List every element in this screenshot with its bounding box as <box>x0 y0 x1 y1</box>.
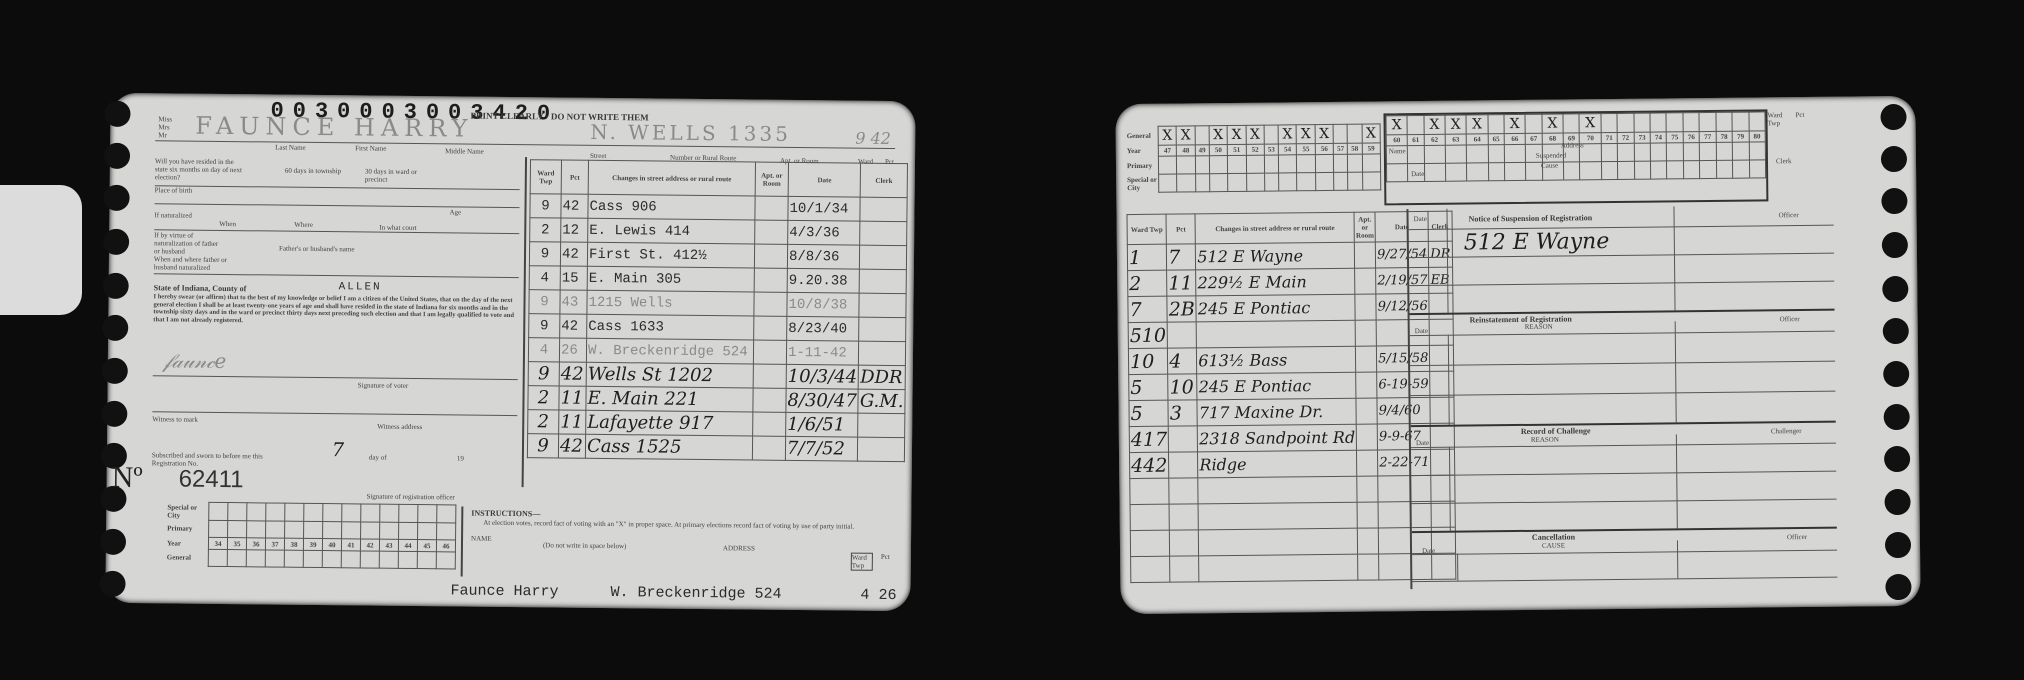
apt-cell <box>1356 398 1377 424</box>
grid-cell <box>246 550 265 567</box>
apt-cell <box>1357 476 1378 502</box>
grid-cell <box>1505 162 1526 180</box>
grid-cell <box>1228 173 1247 191</box>
pct-cell: 15 <box>560 266 587 290</box>
grid-cell <box>342 504 361 522</box>
column-header: Ward Twp <box>1127 214 1167 244</box>
grid-cell <box>1618 161 1635 179</box>
grid-cell <box>1347 124 1361 143</box>
punch-hole <box>1883 361 1909 387</box>
name-label: NAME <box>471 535 492 543</box>
pct-cell: 10 <box>1168 374 1197 400</box>
table-row <box>1130 527 1455 556</box>
ward-cell: 9 <box>529 242 560 266</box>
grid-cell <box>209 502 228 520</box>
grid-cell: 56 <box>1315 143 1333 154</box>
grid-row-label: General <box>1126 126 1159 145</box>
punch-hole <box>1882 232 1908 258</box>
challenge-title: Record of Challenge <box>1521 426 1591 436</box>
grid-cell <box>1264 155 1278 173</box>
suspension-entry: 512 E Wayne <box>1464 229 1610 256</box>
grid-cell <box>265 550 284 567</box>
grid-cell <box>1667 143 1684 161</box>
ward-cell <box>1130 478 1170 504</box>
oath-heading: State of Indiana, County of <box>154 283 247 293</box>
witness-label: Witness to mark <box>152 415 198 423</box>
grid-cell: 71 <box>1601 132 1618 143</box>
ward-pct-handwritten: 9 42 <box>855 129 891 148</box>
date-cell: 9.20.38 <box>787 268 860 293</box>
table-row: 510 <box>1128 319 1453 348</box>
registration-officer-label: Signature of registration officer <box>366 493 454 502</box>
clerk-cell: DDR <box>859 365 906 389</box>
grid-cell: 61 <box>1407 134 1424 145</box>
apt-cell <box>753 364 786 388</box>
grid-cell <box>1348 172 1362 190</box>
grid-cell <box>1488 163 1505 181</box>
grid-cell <box>1526 162 1543 180</box>
county: ALLEN <box>339 281 382 293</box>
pct-cell <box>1168 426 1197 452</box>
pct-cell: 43 <box>560 290 587 314</box>
grid-cell: 59 <box>1362 143 1381 154</box>
punch-hole <box>103 273 129 299</box>
registration-card-back: GeneralXXXXXXXXXYear47484950515253545556… <box>1115 96 1920 614</box>
date-cell: 10/8/38 <box>787 292 860 317</box>
grid-cell <box>1279 155 1298 173</box>
clerk-cell <box>860 245 907 269</box>
apt-cell <box>755 196 788 220</box>
grid-cell <box>209 520 228 537</box>
grid-cell <box>266 503 285 521</box>
street-cell: 1215 Wells <box>587 290 754 316</box>
apt-cell <box>754 316 787 340</box>
grid-cell: 55 <box>1297 144 1315 155</box>
table-row: 442Ridge2-22-71 <box>1130 449 1455 478</box>
street-cell: Cass 906 <box>588 194 755 220</box>
apt-cell <box>753 412 786 436</box>
apt-cell <box>1355 242 1376 268</box>
vote-mark: X <box>1227 125 1246 144</box>
grid-cell <box>1749 160 1766 178</box>
address-cell: 613½ Bass <box>1197 346 1356 374</box>
pct-cell <box>1170 530 1199 556</box>
date-cell: 1-11-42 <box>786 340 859 365</box>
grid-row-label: Primary <box>1126 156 1159 174</box>
grid-cell <box>1407 115 1424 134</box>
reinstatement-date-label: Date <box>1415 327 1428 335</box>
grid-cell: 40 <box>322 539 341 551</box>
clerk-cell <box>859 317 906 341</box>
card-tab-scrap <box>0 185 82 315</box>
records-panel: Date Notice of Suspension of Registratio… <box>1406 205 1837 589</box>
column-header: Pct <box>561 160 588 194</box>
residence-question: Will you have resided in the state six m… <box>155 157 245 182</box>
grid-cell <box>1563 114 1580 133</box>
grid-cell <box>1580 162 1601 180</box>
grid-cell: 75 <box>1667 132 1684 143</box>
table-row <box>1130 501 1455 530</box>
address-cell <box>1196 320 1355 348</box>
instructions-title: INSTRUCTIONS— <box>471 509 540 519</box>
signature-label: Signature of voter <box>358 381 409 390</box>
place-of-birth-label: Place of birth <box>155 186 195 194</box>
grid-cell <box>1246 155 1265 173</box>
clerk-cell <box>859 341 906 365</box>
box-cause-label: Cause <box>1541 162 1558 170</box>
vote-mark: X <box>1504 114 1525 133</box>
grid-cell <box>1601 113 1618 132</box>
do-not-write-label: (Do not write in space below) <box>543 541 626 550</box>
apt-cell <box>1357 502 1378 528</box>
ward-cell: 9 <box>529 314 560 338</box>
grid-cell <box>303 550 322 567</box>
apt-cell <box>752 436 785 460</box>
grid-cell <box>323 522 342 539</box>
grid-cell: 34 <box>208 537 227 549</box>
pct-cell <box>1169 504 1198 530</box>
apt-cell <box>755 220 788 244</box>
street-cell: W. Breckenridge 524 <box>586 338 753 364</box>
grid-cell <box>379 551 398 568</box>
date-cell: 8/30/47 <box>786 388 859 413</box>
apt-cell <box>754 292 787 316</box>
grid-cell: 52 <box>1246 144 1264 155</box>
label-first-name: First Name <box>355 144 386 152</box>
grid-cell <box>1700 142 1717 160</box>
grid-cell <box>284 550 303 567</box>
grid-cell <box>1177 174 1196 192</box>
grid-cell <box>1634 143 1651 161</box>
grid-cell <box>1634 161 1651 179</box>
ward-cell <box>1130 530 1170 556</box>
cancellation-officer-label: Officer <box>1787 533 1807 541</box>
pct-cell <box>1169 452 1198 478</box>
ward-cell: 5 <box>1129 400 1169 426</box>
address-cell: Ridge <box>1198 450 1357 478</box>
table-row: 53717 Maxine Dr.9/4/60 <box>1129 397 1454 426</box>
grid-cell <box>1297 173 1316 191</box>
grid-cell <box>1683 143 1700 161</box>
vote-mark: X <box>1579 114 1600 133</box>
grid-cell <box>1177 156 1196 174</box>
grid-cell <box>322 551 341 568</box>
age-label: Age <box>449 208 461 216</box>
clerk-label: Clerk <box>1776 157 1792 165</box>
voter-signature: 𝒻𝒶𝓊𝓃𝒸𝑒 <box>163 348 227 373</box>
vote-mark: X <box>1362 124 1381 143</box>
grid-row-label: Year <box>1126 145 1159 156</box>
vote-mark: X <box>1386 116 1407 135</box>
voting-record-grid: Special or CityPrimaryYear34353637383940… <box>166 501 457 569</box>
address-cell: 245 E Pontiac <box>1197 372 1356 400</box>
grid-cell <box>1732 142 1749 160</box>
label-last-name: Last Name <box>275 144 306 152</box>
grid-cell <box>1525 114 1542 133</box>
grid-cell: 35 <box>227 538 246 550</box>
apt-cell <box>1355 268 1376 294</box>
grid-cell <box>1699 112 1716 131</box>
name-prefix: Mr <box>158 131 182 139</box>
grid-cell: 53 <box>1264 144 1278 155</box>
vote-mark: X <box>1445 115 1466 134</box>
table-row: 510245 E Pontiac6-19-59 <box>1129 371 1454 400</box>
street-cell: First St. 412½ <box>587 242 754 268</box>
grid-row-label: Primary <box>166 520 209 537</box>
oath-text: I hereby swear (or affirm) that to the b… <box>153 293 518 327</box>
punch-hole <box>1881 146 1907 172</box>
grid-row-label: Special or City <box>166 502 209 520</box>
grid-cell <box>227 550 246 567</box>
grid-cell <box>418 505 437 523</box>
grid-cell <box>1424 145 1445 163</box>
pct-cell: 42 <box>560 242 587 266</box>
table-row: 4172318 Sandpoint Rd9-9-67 <box>1129 423 1454 452</box>
number-symbol: Nº <box>111 461 142 495</box>
grid-cell <box>418 523 437 540</box>
witness-address-label: Witness address <box>377 423 422 431</box>
year-suffix: 19 <box>457 454 464 462</box>
ward-cell: 9 <box>529 290 560 314</box>
index-address: W. Breckenridge 524 <box>610 584 781 603</box>
grid-cell: 63 <box>1445 134 1466 145</box>
grid-cell <box>1333 124 1347 143</box>
grid-cell <box>1424 163 1445 181</box>
grid-cell: 38 <box>284 538 303 550</box>
grid-cell: 49 <box>1195 145 1209 156</box>
index-name: Faunce Harry <box>450 582 558 600</box>
box-name-label: Name <box>1389 147 1406 155</box>
vote-mark: X <box>1297 125 1316 144</box>
grid-cell <box>1749 112 1766 131</box>
grid-cell: 41 <box>341 539 360 551</box>
street-cell: Cass 1525 <box>585 434 752 460</box>
apt-cell <box>1355 320 1376 346</box>
punch-holes <box>111 93 916 101</box>
pct-cell <box>1170 556 1199 582</box>
grid-cell <box>341 551 360 568</box>
apt-cell <box>1356 424 1377 450</box>
grid-cell <box>1209 174 1228 192</box>
vote-mark: X <box>1246 125 1265 144</box>
grid-cell <box>1279 173 1298 191</box>
address-cell <box>1199 528 1358 556</box>
label-street: Street <box>590 152 606 160</box>
grid-cell <box>1716 142 1733 160</box>
grid-cell <box>1488 115 1505 134</box>
grid-cell: 60 <box>1386 135 1407 146</box>
apt-cell <box>753 388 786 412</box>
grid-cell <box>1488 145 1505 163</box>
pct-cell: 42 <box>559 362 586 386</box>
date-cell: 4/3/36 <box>788 220 861 245</box>
grid-cell: 37 <box>265 538 284 550</box>
street-cell: Wells St 1202 <box>586 362 753 388</box>
grid-cell: 78 <box>1716 131 1733 142</box>
grid-cell <box>1650 113 1667 132</box>
grid-cell <box>1683 113 1700 132</box>
punch-hole <box>1884 489 1910 515</box>
grid-cell: 79 <box>1732 131 1749 142</box>
ward-cell: 2 <box>528 410 559 434</box>
name-prefix: Mrs <box>158 123 182 131</box>
street-cell: Cass 1633 <box>587 314 754 340</box>
grid-cell <box>1749 142 1766 160</box>
address-label: ADDRESS <box>723 544 755 552</box>
day-of-label: day of <box>369 454 387 462</box>
pct-cell: 11 <box>559 386 586 410</box>
clerk-cell <box>859 293 906 317</box>
grid-cell <box>1334 154 1348 172</box>
address-cell: 2318 Sandpoint Rd <box>1198 424 1357 452</box>
grid-cell: 50 <box>1209 145 1227 156</box>
column-header: Clerk <box>861 163 908 197</box>
grid-cell <box>1386 164 1407 182</box>
ward-cell: 4 <box>528 338 559 362</box>
grid-cell: 76 <box>1683 132 1700 143</box>
punch-hole <box>102 358 128 384</box>
grid-cell: 47 <box>1158 145 1176 156</box>
punch-hole <box>1882 276 1908 302</box>
grid-cell: 72 <box>1617 132 1634 143</box>
father-husband-name-label: Father's or husband's name <box>279 245 355 254</box>
challenge-date-label: Date <box>1416 439 1429 447</box>
days-township-label: 60 days in township <box>285 167 345 176</box>
date-cell: 8/23/40 <box>787 316 860 341</box>
date-cell: 7/7/52 <box>785 436 858 461</box>
grid-cell <box>247 503 266 521</box>
ward-cell: 9 <box>527 434 558 458</box>
address-cell: 245 E Pontiac <box>1196 294 1355 322</box>
cancellation-title: Cancellation <box>1532 532 1575 541</box>
grid-cell <box>247 521 266 538</box>
pct-cell <box>1169 478 1198 504</box>
suspension-officer-label: Officer <box>1779 211 1799 219</box>
grid-cell: 67 <box>1526 133 1543 144</box>
vote-mark: X <box>1176 126 1195 145</box>
grid-cell <box>1634 113 1651 132</box>
vote-mark: X <box>1542 114 1563 133</box>
grid-cell <box>417 552 436 569</box>
grid-cell: 45 <box>417 540 436 552</box>
grid-cell <box>1667 161 1684 179</box>
pct-cell: 4 <box>1168 348 1197 374</box>
apt-cell <box>754 244 787 268</box>
grid-cell <box>1601 143 1618 161</box>
reinstatement-reason-label: REASON <box>1525 323 1553 331</box>
address-cell <box>1198 476 1357 504</box>
grid-cell <box>1265 173 1279 191</box>
grid-cell: 65 <box>1488 134 1505 145</box>
grid-row: General <box>166 549 456 569</box>
grid-cell: 42 <box>360 539 379 551</box>
grid-cell: 77 <box>1699 131 1716 142</box>
column-header: Changes in street address or rural route <box>1195 212 1354 244</box>
ward-twp-label: Ward Twp <box>1767 111 1785 127</box>
grid-cell <box>1246 173 1265 191</box>
date-cell: 10/3/44 <box>786 364 859 389</box>
grid-cell: 58 <box>1348 143 1362 154</box>
reinstatement-title: Reinstatement of Registration <box>1470 314 1572 324</box>
punch-hole <box>104 143 130 169</box>
street-cell: E. Main 221 <box>586 386 753 412</box>
suspension-title: Notice of Suspension of Registration <box>1469 213 1593 223</box>
grid-cell: 80 <box>1749 131 1766 142</box>
clerk-cell <box>858 437 905 461</box>
grid-cell <box>399 522 418 539</box>
ward-cell: 9 <box>530 194 561 218</box>
pct-label: Pct <box>1795 111 1804 119</box>
grid-cell <box>1228 155 1247 173</box>
grid-cell <box>342 522 361 539</box>
grid-cell: 54 <box>1278 144 1296 155</box>
grid-cell: 48 <box>1177 145 1195 156</box>
punch-hole <box>1885 574 1911 600</box>
grid-cell <box>1334 172 1348 190</box>
grid-cell <box>1446 163 1467 181</box>
grid-cell <box>304 503 323 521</box>
ward-cell <box>1130 504 1170 530</box>
grid-cell <box>285 521 304 538</box>
when-where-label: When and where father or husband natural… <box>154 255 244 272</box>
grid-cell: 64 <box>1466 134 1487 145</box>
registration-card-front: 0030003003420 PRINT CLEARLY · DO NOT WRI… <box>105 93 915 611</box>
voting-record-grid-left: GeneralXXXXXXXXXYear47484950515253545556… <box>1126 123 1382 193</box>
address-cell <box>1199 554 1358 582</box>
apt-cell <box>1358 554 1379 580</box>
grid-cell: 66 <box>1504 133 1525 144</box>
instructions-text: At election votes, record fact of voting… <box>483 519 863 531</box>
grid-cell <box>1195 126 1209 145</box>
apt-cell <box>754 268 787 292</box>
column-header: Apt. or Room <box>755 162 788 196</box>
grid-cell <box>1700 160 1717 178</box>
grid-cell <box>1467 163 1488 181</box>
ward-cell: 417 <box>1129 426 1169 452</box>
table-row: 72B245 E Pontiac9/12/56 <box>1128 293 1453 322</box>
punch-hole <box>102 315 128 341</box>
pct-cell: 42 <box>561 194 588 218</box>
challenger-label: Challenger <box>1771 427 1802 435</box>
grid-cell <box>1733 160 1750 178</box>
grid-cell <box>1650 143 1667 161</box>
punch-hole <box>1883 318 1909 344</box>
grid-cell <box>1504 144 1525 162</box>
punch-hole <box>104 101 130 127</box>
punch-holes <box>1115 96 1915 104</box>
instructions-box: INSTRUCTIONS— At election votes, record … <box>461 506 904 581</box>
punch-hole <box>101 401 127 427</box>
grid-cell <box>380 522 399 539</box>
ward-cell: 2 <box>528 386 559 410</box>
pct-cell: 11 <box>559 410 586 434</box>
street-cell: E. Main 305 <box>587 266 754 292</box>
grid-row: Special or City <box>1126 172 1381 193</box>
grid-cell: 74 <box>1650 132 1667 143</box>
clerk-cell: G.M. <box>858 389 905 413</box>
punch-hole <box>1884 404 1910 430</box>
table-row: 211229½ E Main2/19/57EB <box>1128 267 1453 296</box>
apt-cell <box>1355 294 1376 320</box>
grid-cell <box>1348 154 1362 172</box>
date-cell: 10/1/34 <box>788 196 861 221</box>
street-cell: Lafayette 917 <box>586 410 753 436</box>
grid-cell <box>437 505 456 523</box>
apt-cell <box>1356 372 1377 398</box>
suspension-date-label: Date <box>1414 215 1427 223</box>
apt-cell <box>1358 528 1379 554</box>
ward-cell: 5 <box>1129 374 1169 400</box>
